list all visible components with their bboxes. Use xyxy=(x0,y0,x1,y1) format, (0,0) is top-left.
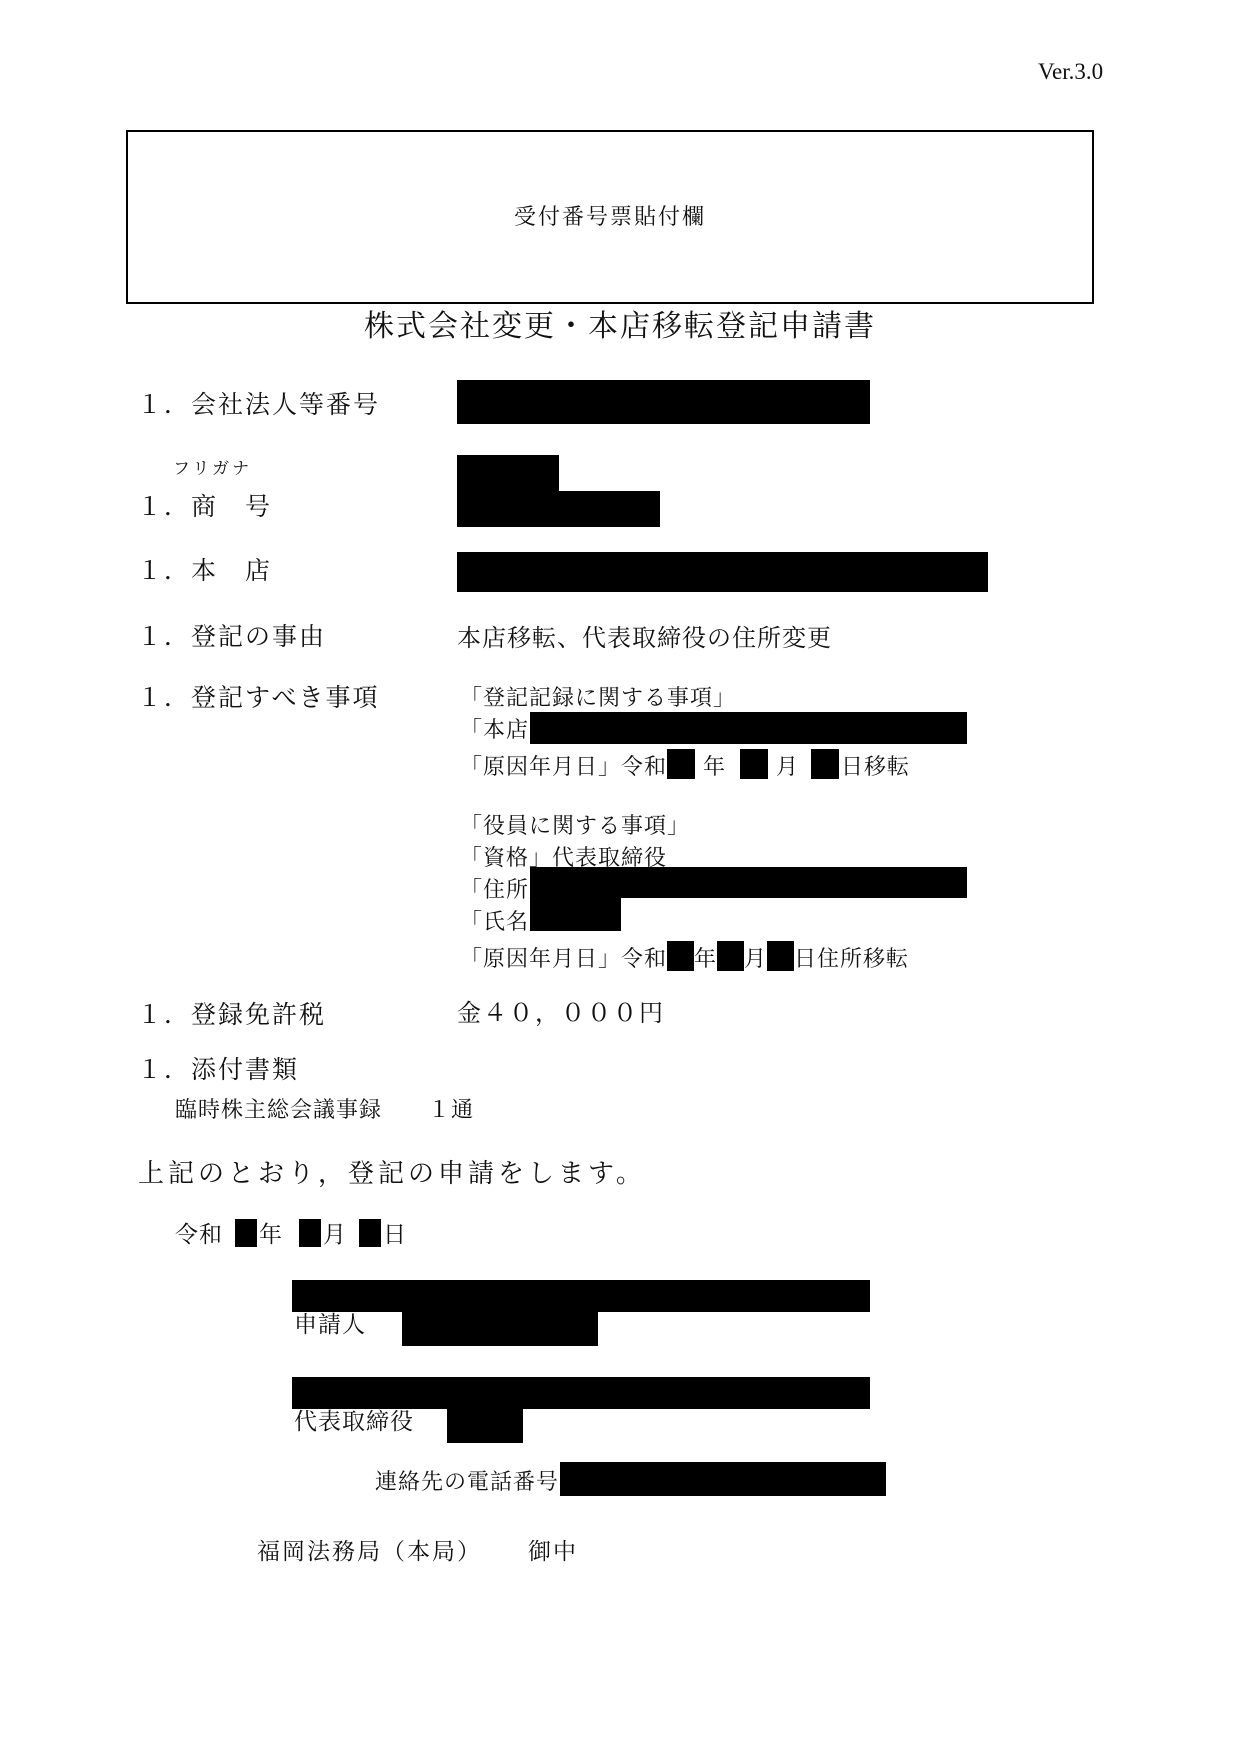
redaction-box-day-2 xyxy=(767,941,794,971)
matters-officers-section-line: 「役員に関する事項」 xyxy=(460,812,690,840)
redaction-box-applicant-company xyxy=(292,1280,870,1312)
field-label-registration-matters: １．登記すべき事項 xyxy=(137,683,380,714)
cause-date-1-day: 日移転 xyxy=(841,754,910,779)
cause-date-2-year: 年 xyxy=(694,946,717,971)
version-label: Ver.3.0 xyxy=(1038,58,1103,87)
redaction-box-app-month xyxy=(299,1219,321,1247)
matters-record-section-line: 「登記記録に関する事項」 xyxy=(460,684,736,712)
redaction-box-year-2 xyxy=(667,941,694,971)
furigana-label: フリガナ xyxy=(173,458,252,479)
field-label-attachments: １．添付書類 xyxy=(137,1055,299,1086)
matters-cause-date-line-1: 「原因年月日」令和年月日移転 xyxy=(460,749,910,781)
cause-date-1-prefix: 「原因年月日」令和 xyxy=(460,754,667,779)
cause-date-1-month: 月 xyxy=(776,754,799,779)
contact-phone-label: 連絡先の電話番号 xyxy=(375,1468,559,1496)
date-day-suffix: 日 xyxy=(383,1222,407,1247)
application-document-page: Ver.3.0 受付番号票貼付欄 株式会社変更・本店移転登記申請書 １．会社法人… xyxy=(0,0,1240,1754)
receipt-number-attach-box: 受付番号票貼付欄 xyxy=(126,130,1094,304)
document-title: 株式会社変更・本店移転登記申請書 xyxy=(0,308,1240,346)
cause-date-2-month: 月 xyxy=(744,946,767,971)
declaration-sentence: 上記のとおり，登記の申請をします。 xyxy=(138,1158,646,1191)
redaction-box-officer-name xyxy=(530,898,621,931)
redaction-box-month-1 xyxy=(740,749,768,779)
submission-honorific: 御中 xyxy=(528,1539,578,1564)
redaction-box-app-year xyxy=(235,1219,257,1247)
redaction-box-year-1 xyxy=(667,749,695,779)
redaction-box-furigana xyxy=(457,455,559,491)
field-label-registration-reason: １．登記の事由 xyxy=(137,622,326,653)
matters-cause-date-line-2: 「原因年月日」令和年月日住所移転 xyxy=(460,941,909,973)
field-label-trade-name: １．商 号 xyxy=(137,492,272,523)
redaction-box-trade-name xyxy=(457,491,660,527)
redaction-box-representative-name xyxy=(447,1409,523,1443)
date-year-suffix: 年 xyxy=(259,1222,283,1247)
redaction-box-applicant-name xyxy=(402,1312,598,1346)
cause-date-1-year: 年 xyxy=(703,754,726,779)
redaction-box-month-2 xyxy=(717,941,744,971)
redaction-box-app-day xyxy=(359,1219,381,1247)
field-label-license-tax: １．登録免許税 xyxy=(137,1000,326,1031)
redaction-box-head-office xyxy=(457,552,988,592)
submission-office-name: 福岡法務局（本局） xyxy=(257,1539,482,1564)
receipt-number-attach-label: 受付番号票貼付欄 xyxy=(514,203,706,231)
field-value-license-tax: 金４０，０００円 xyxy=(457,999,665,1029)
cause-date-2-day: 日住所移転 xyxy=(794,946,909,971)
field-value-registration-reason: 本店移転、代表取締役の住所変更 xyxy=(457,624,832,654)
submission-office-line: 福岡法務局（本局）御中 xyxy=(257,1538,578,1567)
representative-label: 代表取締役 xyxy=(294,1408,414,1437)
application-date-line: 令和年月日 xyxy=(175,1219,407,1250)
redaction-box-representative-address xyxy=(292,1377,870,1409)
field-label-head-office: １．本 店 xyxy=(137,556,272,587)
redaction-box-day-1 xyxy=(811,749,839,779)
redaction-box-new-head-office xyxy=(530,712,967,744)
field-label-corporate-number: １．会社法人等番号 xyxy=(137,390,380,421)
redaction-box-corporate-number xyxy=(457,380,870,424)
redaction-box-officer-address xyxy=(530,867,967,898)
redaction-box-contact-phone xyxy=(560,1462,886,1496)
date-era: 令和 xyxy=(175,1222,223,1247)
field-value-attachments: 臨時株主総会議事録 １通 xyxy=(175,1096,474,1124)
date-month-suffix: 月 xyxy=(323,1222,347,1247)
applicant-label: 申請人 xyxy=(294,1311,366,1340)
cause-date-2-prefix: 「原因年月日」令和 xyxy=(460,946,667,971)
